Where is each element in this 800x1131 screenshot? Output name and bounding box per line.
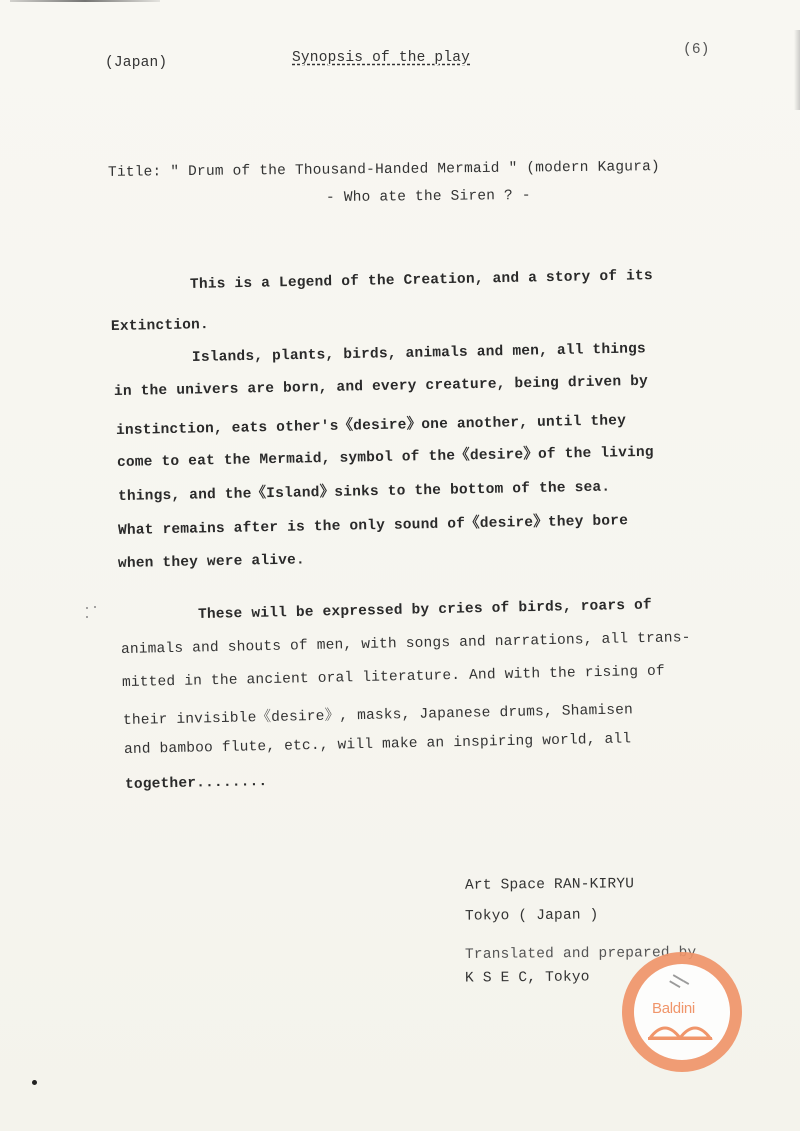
paragraph-2-line: when they were alive. <box>118 552 305 572</box>
ink-speck <box>86 616 88 618</box>
paragraph-2-line: Islands, plants, birds, animals and men,… <box>192 341 646 366</box>
library-book-icon <box>648 1018 714 1040</box>
library-watermark: ▬▬▬▬▬ Baldini <box>622 952 742 1072</box>
page-edge-shadow-right <box>794 30 800 110</box>
ink-speck <box>94 606 96 608</box>
page-heading: Synopsis of the play <box>292 50 470 66</box>
paragraph-3-line: and bamboo flute, etc., will make an ins… <box>124 731 632 758</box>
paragraph-3-line: animals and shouts of men, with songs an… <box>121 630 691 658</box>
ink-speck <box>32 1080 37 1085</box>
page-number: (6) <box>683 42 710 58</box>
paragraph-2-line: things, and the《Island》sinks to the bott… <box>118 475 611 505</box>
paragraph-3-line: mitted in the ancient oral literature. A… <box>122 664 665 691</box>
paragraph-1-line: Extinction. <box>111 317 209 335</box>
play-title: Title: " Drum of the Thousand-Handed Mer… <box>108 159 660 181</box>
signature-organization: Art Space RAN-KIRYU <box>465 876 634 893</box>
play-subtitle: - Who ate the Siren ? - <box>326 188 531 206</box>
paragraph-3-line: together........ <box>125 774 268 793</box>
paragraph-2-line: in the univers are born, and every creat… <box>114 374 648 400</box>
header-country: (Japan) <box>105 55 167 71</box>
document-page: (Japan) Synopsis of the play (6) Title: … <box>0 0 800 1131</box>
signature-translator: K S E C, Tokyo <box>465 969 590 986</box>
ink-speck <box>86 607 88 609</box>
signature-location: Tokyo ( Japan ) <box>465 907 599 924</box>
watermark-label: Baldini <box>652 1000 695 1017</box>
paragraph-3-line: These will be expressed by cries of bird… <box>198 597 652 623</box>
page-edge-shadow <box>10 0 160 2</box>
paragraph-3-line: their invisible《desire》, masks, Japanese… <box>123 697 633 729</box>
paragraph-2-line: instinction, eats other's《desire》one ano… <box>116 408 626 439</box>
paragraph-1-line: This is a Legend of the Creation, and a … <box>190 268 653 293</box>
paragraph-2-line: come to eat the Mermaid, symbol of the《d… <box>117 440 654 471</box>
paragraph-2-line: What remains after is the only sound of《… <box>118 508 628 539</box>
